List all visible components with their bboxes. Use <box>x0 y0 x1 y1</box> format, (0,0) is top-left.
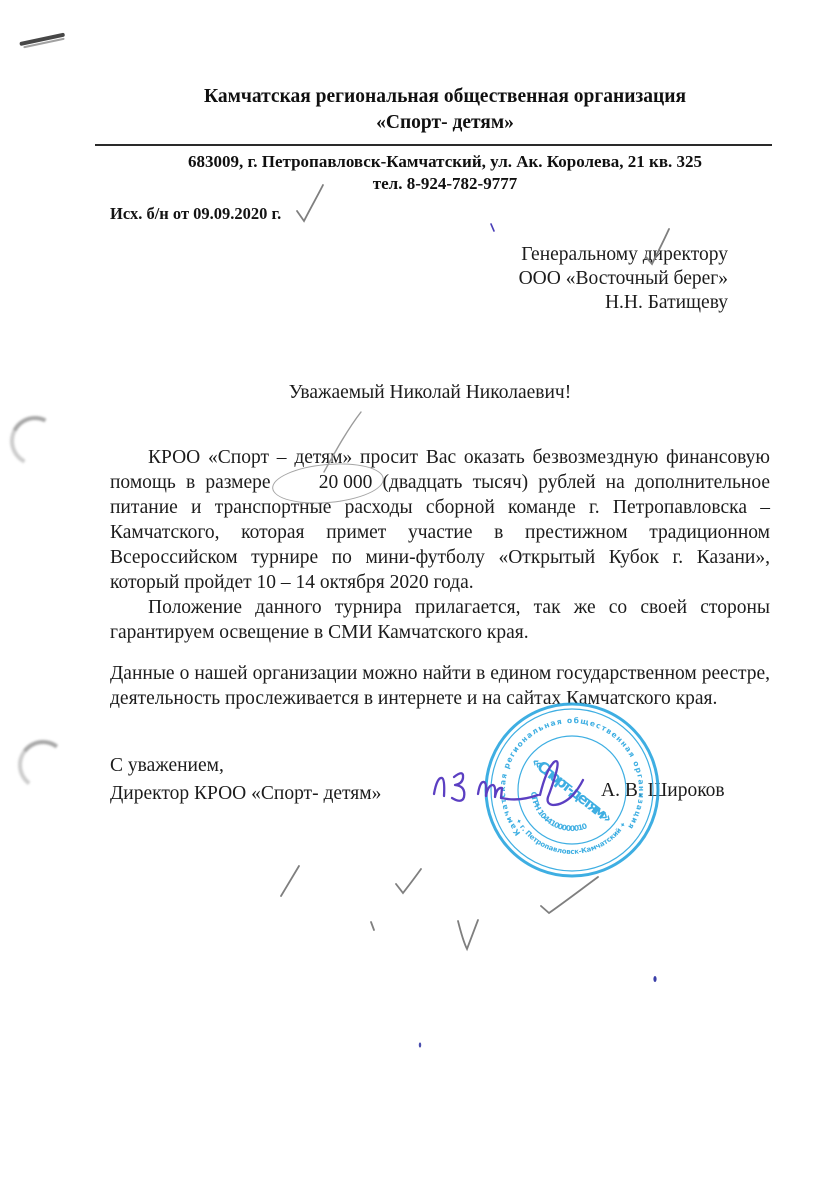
closing-title: Директор КРОО «Спорт- детям» <box>110 780 381 808</box>
org-address: 683009, г. Петропавловск-Камчатский, ул.… <box>60 151 830 173</box>
org-phone: тел. 8-924-782-9777 <box>60 173 830 195</box>
circled-amount: 20 000 <box>281 470 373 495</box>
scanned-letter-page: { "document": { "header": { "org_line1":… <box>0 0 830 1178</box>
org-name-line2: «Спорт- детям» <box>60 110 830 136</box>
salutation: Уважаемый Николай Николаевич! <box>90 382 770 404</box>
ink-dot <box>419 1043 421 1048</box>
closing-block: С уважением, Директор КРОО «Спорт- детям… <box>110 752 381 808</box>
body-paragraph-2: Положение данного турнира прилагается, т… <box>110 595 770 645</box>
stamp-rim-bottom-text: ✦ г. Петропавловск-Камчатский ✦ <box>514 817 628 856</box>
body-paragraph-1: КРОО «Спорт – детям» просит Вас оказать … <box>110 445 770 595</box>
checkmark-account <box>458 920 478 949</box>
org-name-line1: Камчатская региональная общественная орг… <box>60 84 830 110</box>
hole-punch-artifact <box>3 409 66 472</box>
ink-dot <box>653 976 656 982</box>
body-paragraph-3: Данные о нашей организации можно найти в… <box>110 661 770 711</box>
outgoing-ref-number: Исх. б/н от 09.09.2020 г. <box>110 204 281 224</box>
pen-scratch-mark <box>19 32 68 54</box>
letterhead: Камчатская региональная общественная орг… <box>60 84 830 136</box>
checkmark-bik <box>541 877 598 913</box>
recipient-block: Генеральному директору ООО «Восточный бе… <box>519 243 728 315</box>
hole-punch-artifact <box>15 737 71 793</box>
checkmark-bank-city <box>396 869 421 893</box>
letterhead-contacts: 683009, г. Петропавловск-Камчатский, ул.… <box>60 151 830 195</box>
amount-value: 20 000 <box>319 472 373 493</box>
recipient-position: Генеральному директору <box>519 243 728 267</box>
recipient-name: Н.Н. Батищеву <box>519 291 728 315</box>
letter-body: КРОО «Спорт – детям» просит Вас оказать … <box>110 445 770 711</box>
recipient-company: ООО «Восточный берег» <box>519 267 728 291</box>
pen-slash-bank <box>281 866 299 896</box>
closing-regards: С уважением, <box>110 752 381 780</box>
tick-corr-account <box>371 922 374 930</box>
ink-tick <box>491 224 494 231</box>
director-signature <box>420 750 605 822</box>
letterhead-divider <box>95 144 772 146</box>
